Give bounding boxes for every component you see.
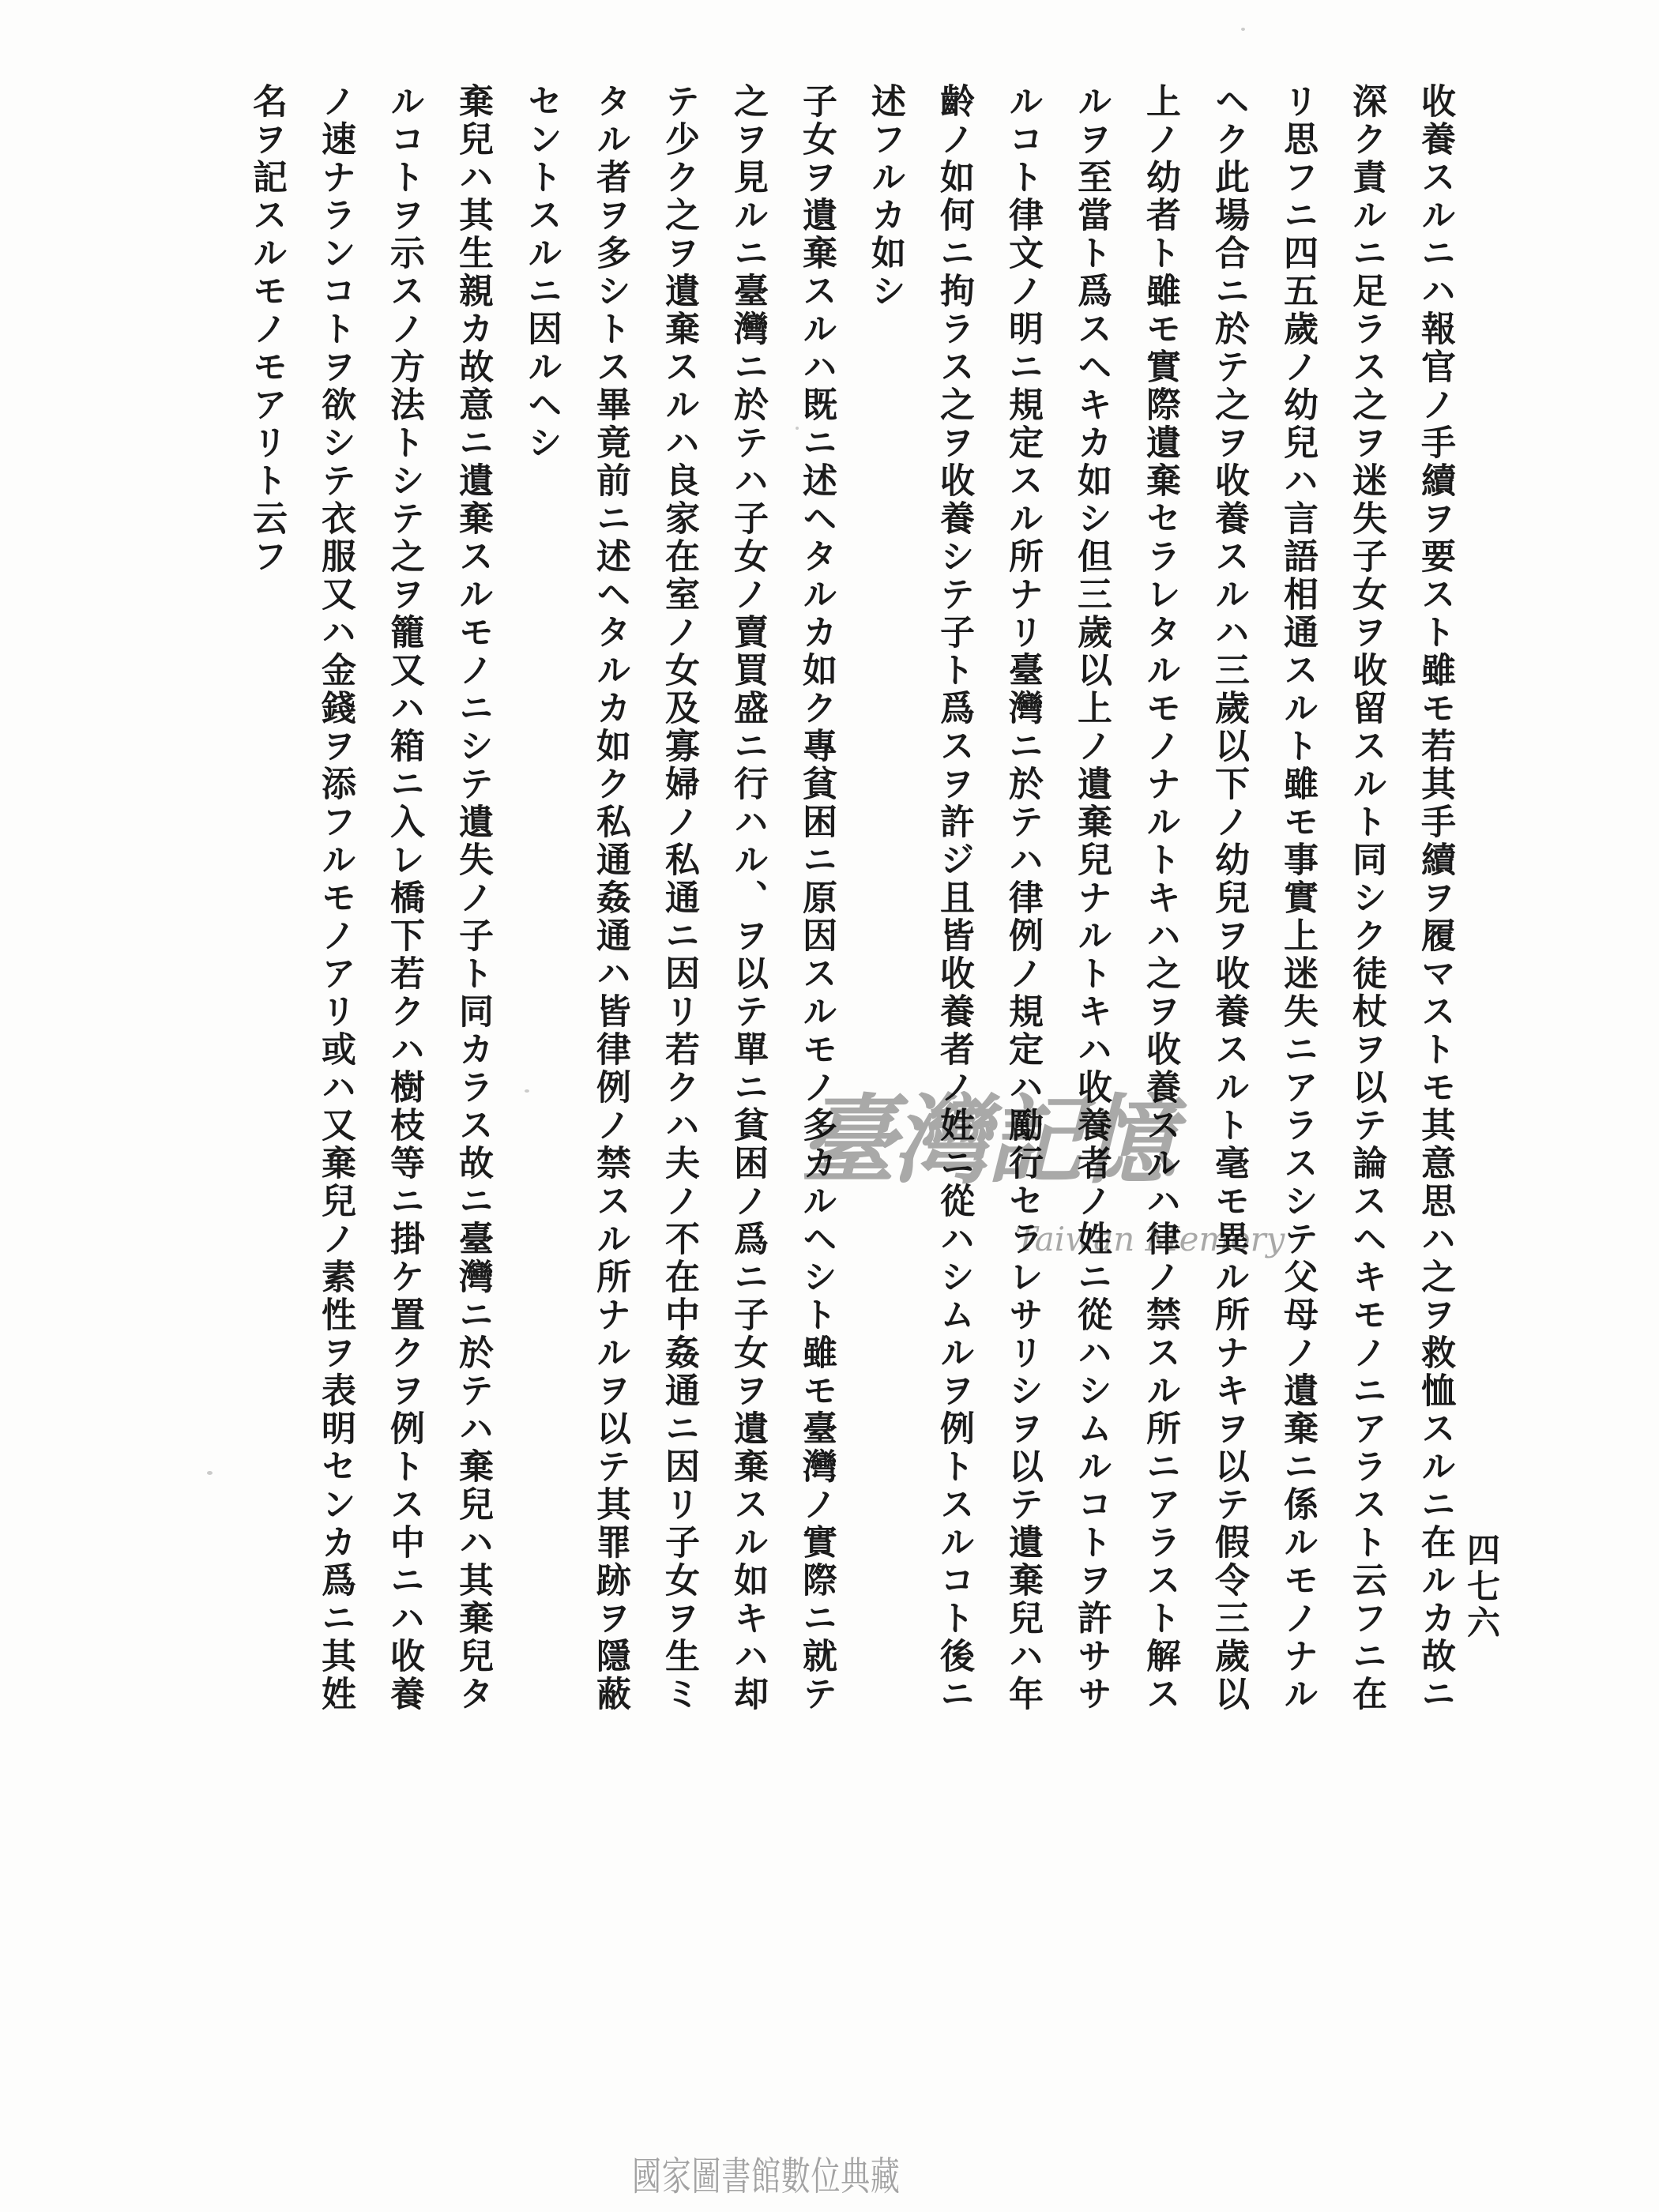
text-column: 子女ヲ遺棄スルハ既ニ述ヘタルカ如ク專貧困ニ原因スルモノ多カルヘシト雖モ臺灣ノ實際… [798,83,835,1742]
text-column: ヘク此場合ニ於テ之ヲ收養スルハ三歲以下ノ幼兒ヲ收養スルト毫モ異ル所ナキヲ以テ假令… [1210,83,1247,1742]
text-column: 之ヲ見ルニ臺灣ニ於テハ子女ノ賣買盛ニ行ハル、ヲ以テ單ニ貧困ノ爲ニ子女ヲ遺棄スル如… [729,83,766,1742]
scanned-page: 收養スルニハ報官ノ手續ヲ要スト雖モ若其手續ヲ履マストモ其意思ハ之ヲ救恤スルニ在ル… [0,0,1659,2212]
text-column: 棄兒ハ其生親カ故意ニ遺棄スルモノニシテ遺失ノ子ト同カラス故ニ臺灣ニ於テハ棄兒ハ其… [454,83,491,1742]
ink-speck [207,1471,213,1475]
ink-speck [1241,28,1245,31]
text-column: セントスルニ因ルヘシ [523,83,560,1742]
archive-footer-caption: 國家圖書館數位典藏 [632,2155,901,2199]
text-column: タル者ヲ多シトス畢竟前ニ述ヘタルカ如ク私通姦通ハ皆律例ノ禁スル所ナルヲ以テ其罪跡… [592,83,629,1742]
body-text-block: 收養スルニハ報官ノ手續ヲ要スト雖モ若其手續ヲ履マストモ其意思ハ之ヲ救恤スルニ在ル… [213,83,1454,1742]
text-column: テ少ク之ヲ遺棄スルハ良家在室ノ女及寡婦ノ私通ニ因リ若クハ夫ノ不在中姦通ニ因リ子女… [660,83,698,1742]
ink-speck [525,1089,529,1093]
text-column: ルコトヲ示スノ方法トシテ之ヲ籠又ハ箱ニ入レ橋下若クハ樹枝等ニ掛ケ置クヲ例トス中ニ… [386,83,423,1742]
text-column: ルヲ至當ト爲スヘキカ如シ但三歲以上ノ遺棄兒ナルトキハ收養者ノ姓ニ從ハシムルコトヲ… [1073,83,1110,1742]
text-column: 名ヲ記スルモノモアリト云フ [248,83,285,1742]
text-column: 上ノ幼者ト雖モ實際遺棄セラレタルモノナルトキハ之ヲ收養スルハ律ノ禁スル所ニアラス… [1142,83,1179,1742]
taiwan-memory-watermark-cjk: 臺灣記憶 [799,1092,1172,1188]
text-column: 齡ノ如何ニ拘ラス之ヲ收養シテ子ト爲スヲ許ジ且皆收養者ノ姓ニ從ハシムルヲ例トスルコ… [935,83,972,1742]
page-number: 四七六 [1463,1533,1500,1642]
text-column: リ思フニ四五歲ノ幼兒ハ言語相通スルト雖モ事實上迷失ニアラスシテ父母ノ遺棄ニ係ルモ… [1279,83,1316,1742]
ink-speck [796,427,799,430]
text-column: 深ク責ルニ足ラス之ヲ迷失子女ヲ收留スルト同シク徒杖ヲ以テ論スヘキモノニアラスト云… [1348,83,1385,1742]
text-column: 收養スルニハ報官ノ手續ヲ要スト雖モ若其手續ヲ履マストモ其意思ハ之ヲ救恤スルニ在ル… [1416,83,1454,1742]
text-column: ノ速ナランコトヲ欲シテ衣服又ハ金錢ヲ添フルモノアリ或ハ又棄兒ノ素性ヲ表明センカ爲… [317,83,354,1742]
taiwan-memory-watermark-latin: Taiwan Memory [1015,1223,1285,1256]
text-column: 述フルカ如シ [867,83,904,1742]
text-column: ルコト律文ノ明ニ規定スル所ナリ臺灣ニ於テハ律例ノ規定ハ勵行セラレサリシヲ以テ遺棄… [1004,83,1041,1742]
